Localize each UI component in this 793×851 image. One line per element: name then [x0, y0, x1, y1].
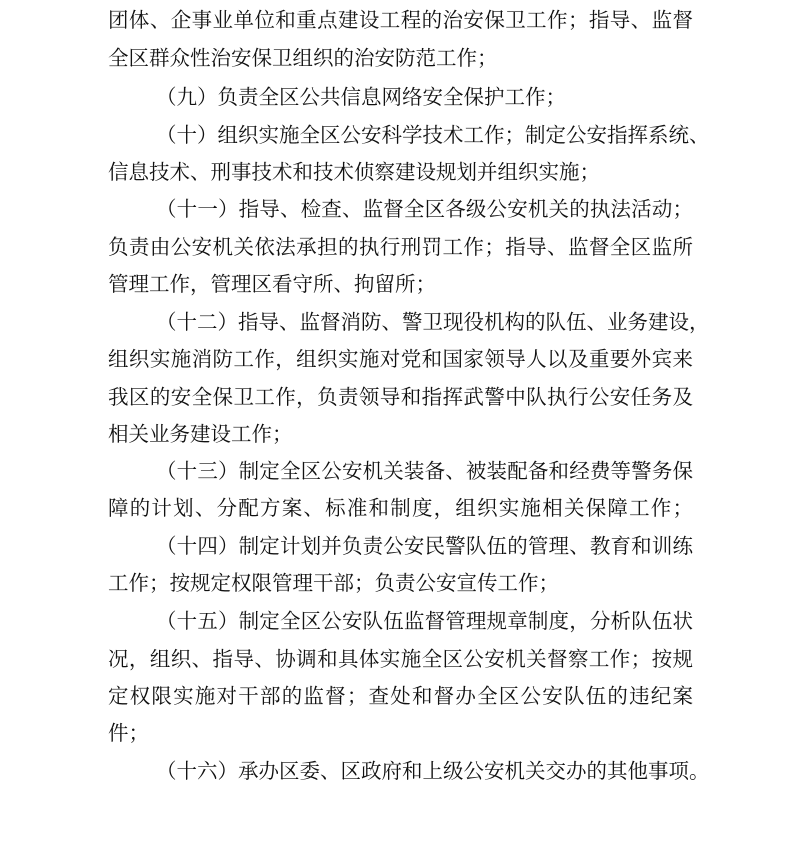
text-line-2: 全区群众性治安保卫组织的治安防范工作；: [108, 43, 693, 73]
paragraph-12-line-1: （十二）指导、监督消防、警卫现役机构的队伍、业务建设，: [156, 307, 693, 337]
paragraph-11-line-3: 管理工作，管理区看守所、拘留所；: [108, 269, 693, 299]
paragraph-15-line-4: 件；: [108, 718, 693, 748]
paragraph-15-line-3: 定权限实施对干部的监督；查处和督办全区公安队伍的违纪案: [108, 681, 693, 711]
text-line-1: 团体、企事业单位和重点建设工程的治安保卫工作；指导、监督: [108, 5, 693, 35]
paragraph-11-line-2: 负责由公安机关依法承担的执行刑罚工作；指导、监督全区监所: [108, 232, 693, 262]
document-page: 团体、企事业单位和重点建设工程的治安保卫工作；指导、监督 全区群众性治安保卫组织…: [0, 0, 793, 851]
paragraph-12-line-4: 相关业务建设工作；: [108, 419, 693, 449]
paragraph-11-line-1: （十一）指导、检查、监督全区各级公安机关的执法活动；: [156, 194, 693, 224]
paragraph-15-line-2: 况，组织、指导、协调和具体实施全区公安机关督察工作；按规: [108, 644, 693, 674]
paragraph-9-line-1: （九）负责全区公共信息网络安全保护工作；: [156, 82, 693, 112]
paragraph-13-line-1: （十三）制定全区公安机关装备、被装配备和经费等警务保: [156, 456, 693, 486]
paragraph-15-line-1: （十五）制定全区公安队伍监督管理规章制度，分析队伍状: [156, 606, 693, 636]
paragraph-14-line-1: （十四）制定计划并负责公安民警队伍的管理、教育和训练: [156, 531, 693, 561]
paragraph-16-line-1: （十六）承办区委、区政府和上级公安机关交办的其他事项。: [156, 756, 693, 786]
paragraph-14-line-2: 工作；按规定权限管理干部；负责公安宣传工作；: [108, 568, 693, 598]
paragraph-13-line-2: 障的计划、分配方案、标准和制度，组织实施相关保障工作；: [108, 493, 693, 523]
paragraph-10-line-2: 信息技术、刑事技术和技术侦察建设规划并组织实施；: [108, 157, 693, 187]
paragraph-12-line-2: 组织实施消防工作，组织实施对党和国家领导人以及重要外宾来: [108, 344, 693, 374]
paragraph-12-line-3: 我区的安全保卫工作，负责领导和指挥武警中队执行公安任务及: [108, 382, 693, 412]
paragraph-10-line-1: （十）组织实施全区公安科学技术工作；制定公安指挥系统、: [156, 120, 693, 150]
